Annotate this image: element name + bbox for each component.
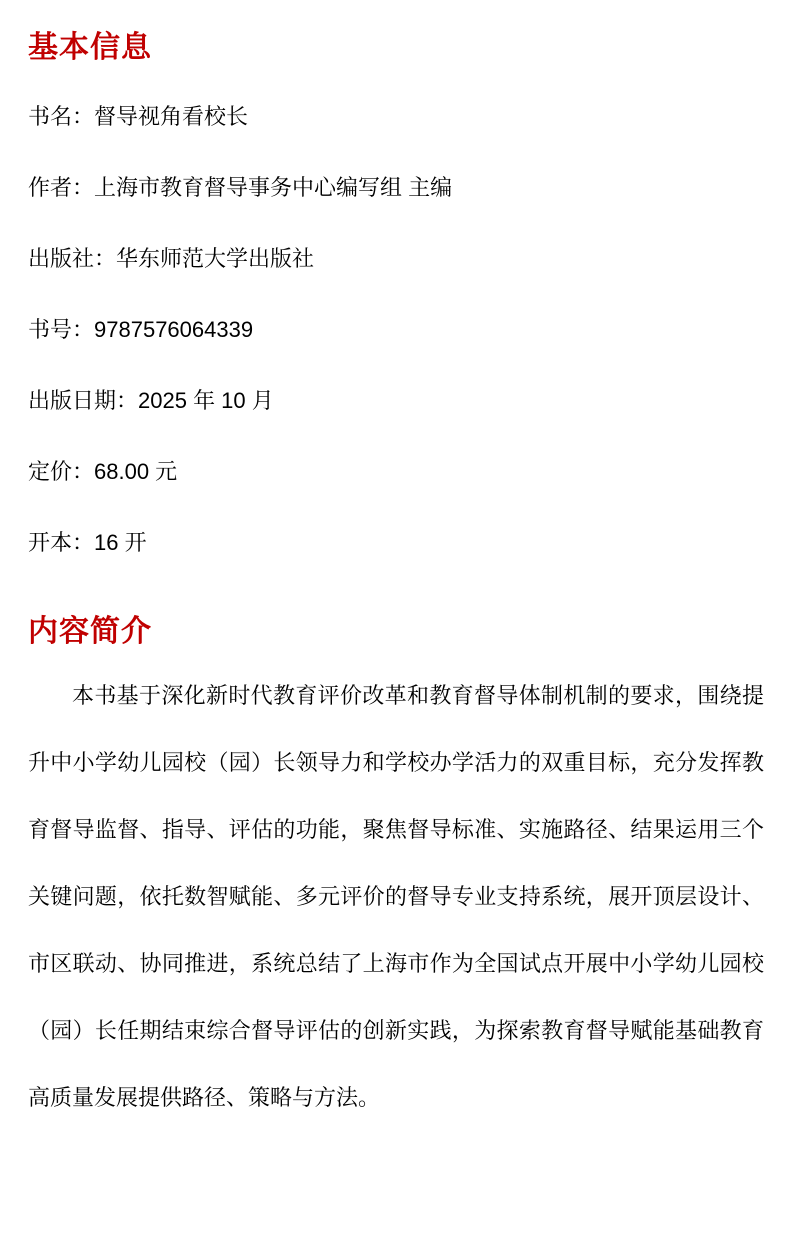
info-line-publisher: 出版社：华东师范大学出版社 xyxy=(28,246,764,272)
info-line-publish-date: 出版日期：2025 年 10 月 xyxy=(28,388,764,414)
intro-heading: 内容简介 xyxy=(28,612,764,652)
isbn-value: 9787576064339 xyxy=(94,317,253,342)
info-line-format: 开本：16 开 xyxy=(28,530,764,556)
intro-section: 内容简介 本书基于深化新时代教育评价改革和教育督导体制机制的要求，围绕提升中小学… xyxy=(28,612,764,1131)
book-title-label: 书名： xyxy=(28,104,94,129)
format-value: 16 开 xyxy=(94,530,147,555)
book-title-value: 督导视角看校长 xyxy=(94,104,248,129)
format-label: 开本： xyxy=(28,530,94,555)
basic-info-section: 基本信息 书名：督导视角看校长 作者：上海市教育督导事务中心编写组 主编 出版社… xyxy=(28,28,764,556)
price-label: 定价： xyxy=(28,459,94,484)
publish-date-value: 2025 年 10 月 xyxy=(138,388,274,413)
book-info-page: 基本信息 书名：督导视角看校长 作者：上海市教育督导事务中心编写组 主编 出版社… xyxy=(0,0,790,1249)
author-value: 上海市教育督导事务中心编写组 主编 xyxy=(94,175,452,200)
price-value: 68.00 元 xyxy=(94,459,177,484)
info-line-price: 定价：68.00 元 xyxy=(28,459,764,485)
info-line-author: 作者：上海市教育督导事务中心编写组 主编 xyxy=(28,175,764,201)
publisher-label: 出版社： xyxy=(28,246,116,271)
info-line-isbn: 书号：9787576064339 xyxy=(28,317,764,343)
intro-paragraph: 本书基于深化新时代教育评价改革和教育督导体制机制的要求，围绕提升中小学幼儿园校（… xyxy=(28,662,764,1131)
basic-info-heading: 基本信息 xyxy=(28,28,764,68)
isbn-label: 书号： xyxy=(28,317,94,342)
author-label: 作者： xyxy=(28,175,94,200)
info-line-book-title: 书名：督导视角看校长 xyxy=(28,104,764,130)
publisher-value: 华东师范大学出版社 xyxy=(116,246,314,271)
publish-date-label: 出版日期： xyxy=(28,388,138,413)
